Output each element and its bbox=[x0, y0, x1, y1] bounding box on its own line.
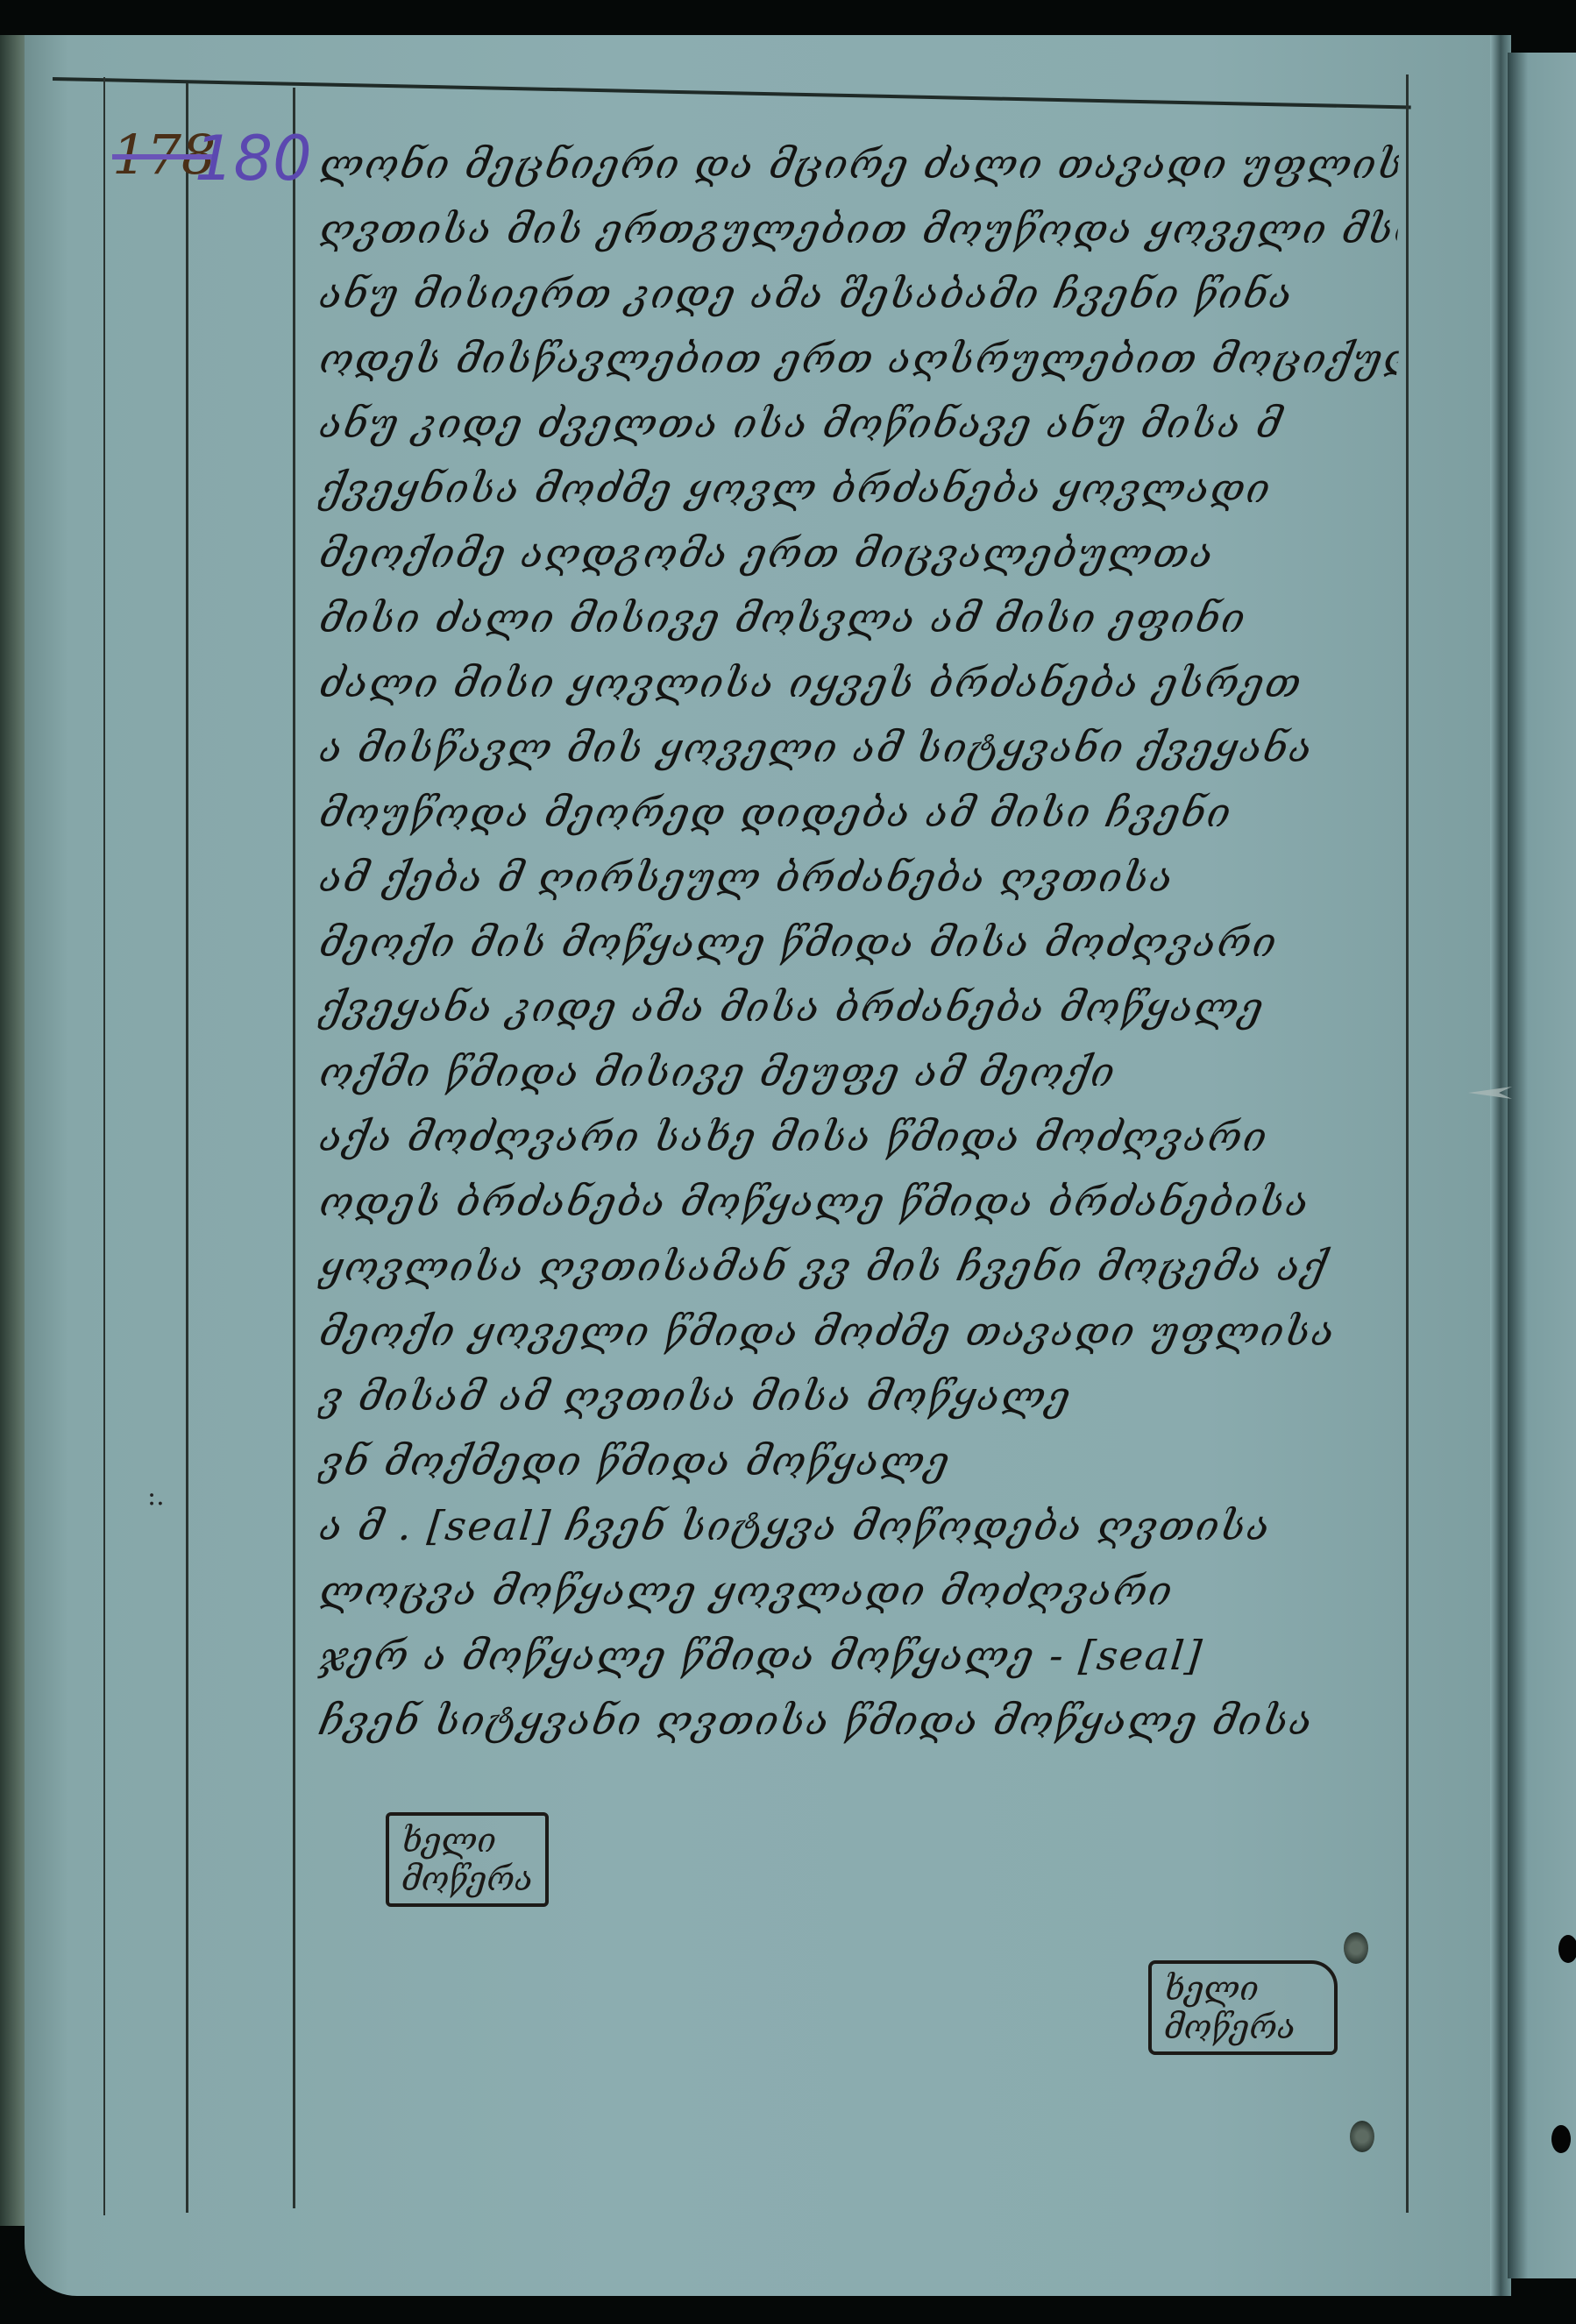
signature-line-1: ხელი bbox=[1164, 1969, 1322, 2008]
binding-hole bbox=[1350, 2121, 1374, 2152]
margin-rule-folio bbox=[186, 83, 188, 2213]
text-line: მეოქი ყოველი წმიდა მოძმე თავადი უფლისა bbox=[316, 1299, 1402, 1364]
text-line: ოდეს ბრძანება მოწყალე წმიდა ბრძანებისა bbox=[316, 1169, 1402, 1234]
margin-mark: :. bbox=[147, 1481, 165, 1512]
signature-box: ხელი მოწერა bbox=[1148, 1960, 1338, 2055]
margin-rule-text-right bbox=[1406, 74, 1409, 2213]
text-line: ჯერ ა მოწყალე წმიდა მოწყალე - [seal] bbox=[316, 1623, 1402, 1688]
folio-number: 180 bbox=[195, 123, 312, 195]
text-line: მეოქი მის მოწყალე წმიდა მისა მოძღვარი bbox=[316, 910, 1402, 974]
text-line: ჩვენ სიტყვანი ღვთისა წმიდა მოწყალე მისა bbox=[316, 1688, 1402, 1753]
text-line: ქვეყანა კიდე ამა მისა ბრძანება მოწყალე bbox=[316, 974, 1402, 1039]
text-line: ოდეს მისწავლებით ერთ აღსრულებით მოციქულნ… bbox=[316, 326, 1402, 391]
text-line: ქვეყნისა მოძმე ყოვლ ბრძანება ყოვლადი bbox=[316, 456, 1402, 521]
text-line: ძალი მისი ყოვლისა იყვეს ბრძანება ესრეთ bbox=[316, 650, 1402, 715]
text-line: ვ მისამ ამ ღვთისა მისა მოწყალე bbox=[316, 1364, 1402, 1428]
text-line: ანუ მისიერთ კიდე ამა შესაბამი ჩვენი წინა bbox=[316, 261, 1402, 326]
text-line: ოქმი წმიდა მისივე მეუფე ამ მეოქი bbox=[316, 1039, 1402, 1104]
text-line: ამ ქება მ ღირსეულ ბრძანება ღვთისა bbox=[316, 845, 1402, 910]
signature-box: ხელი მოწერა bbox=[386, 1812, 549, 1907]
text-line: ვნ მოქმედი წმიდა მოწყალე bbox=[316, 1428, 1402, 1493]
text-line: ა მ . [seal] ჩვენ სიტყვა მოწოდება ღვთისა bbox=[316, 1493, 1402, 1558]
text-line: მისი ძალი მისივე მოსვლა ამ მისი ეფინი bbox=[316, 585, 1402, 650]
text-line: ლოცვა მოწყალე ყოვლადი მოძღვარი bbox=[316, 1558, 1402, 1623]
text-line: აქა მოძღვარი სახე მისა წმიდა მოძღვარი bbox=[316, 1104, 1402, 1169]
signature-line-1: ხელი bbox=[401, 1821, 533, 1860]
text-line: ა მისწავლ მის ყოველი ამ სიტყვანი ქვეყანა bbox=[316, 715, 1402, 780]
binding-hole bbox=[1344, 1932, 1368, 1964]
binding-hole-dark bbox=[1551, 2125, 1571, 2153]
text-line: ლონი მეცნიერი და მცირე ძალი თავადი უფლის… bbox=[316, 131, 1402, 196]
signature-line-2: მოწერა bbox=[1164, 2008, 1322, 2046]
signature-line-2: მოწერა bbox=[401, 1860, 533, 1898]
text-line: ყოვლისა ღვთისამან ვვ მის ჩვენი მოცემა აქ bbox=[316, 1234, 1402, 1299]
margin-rule-text-left bbox=[293, 88, 295, 2208]
text-line: ანუ კიდე ძველთა ისა მოწინავე ანუ მისა მ bbox=[316, 391, 1402, 456]
text-line: მოუწოდა მეორედ დიდება ამ მისი ჩვენი bbox=[316, 780, 1402, 845]
binding-hole-dark bbox=[1558, 1935, 1576, 1963]
handwritten-text-block: ლონი მეცნიერი და მცირე ძალი თავადი უფლის… bbox=[320, 131, 1398, 1753]
text-line: ღვთისა მის ერთგულებით მოუწოდა ყოველი მსო… bbox=[316, 196, 1402, 261]
margin-rule-outer bbox=[103, 77, 105, 2215]
text-line: მეოქიმე აღდგომა ერთ მიცვალებულთა bbox=[316, 521, 1402, 585]
